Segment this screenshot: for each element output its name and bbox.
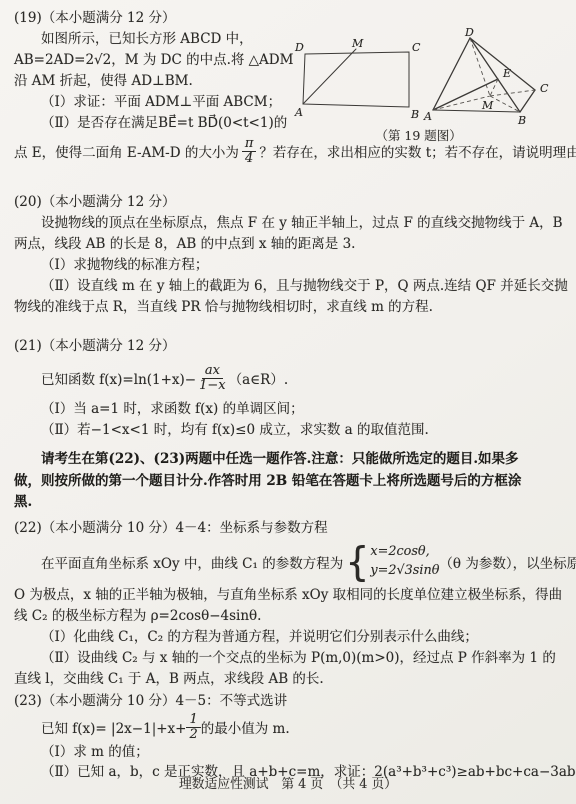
parametric-equations: x=2cosθ, y=2√3sinθ	[370, 543, 439, 580]
label-E: E	[502, 67, 511, 80]
q22-para1-pre: 在平面直角坐标系 xOy 中，曲线 C₁ 的参数方程为	[41, 552, 343, 572]
q19-item-1: （Ⅰ）求证：平面 ADM⊥平面 ABCM；	[14, 92, 293, 113]
q22-para1-post: （θ 为参数），以坐标原点	[439, 552, 576, 572]
label-M: M	[351, 38, 364, 50]
q19-last-post: ？若存在，求出相应的实数 t；若不存在，请说明理由.	[259, 141, 576, 161]
q19-last-line: 点 E，使得二面角 E-AM-D 的大小为 π 4 ？若存在，求出相应的实数 t…	[14, 134, 570, 168]
q22-item-1: （Ⅰ）化曲线 C₁，C₂ 的方程为普通方程，并说明它们分别表示什么曲线；	[14, 627, 570, 648]
q23-formula-post: 的最小值为 m.	[201, 717, 290, 737]
system-brace: {	[345, 542, 369, 582]
fraction-numerator: π	[242, 137, 257, 152]
notice-line: 请考生在第(22)、(23)两题中任选一题作答.注意：只能做所选定的题目.如果多	[14, 449, 570, 471]
question-23: (23)（本小题满分 10 分）4－5：不等式选讲 已知 f(x)= |2x−1…	[14, 692, 570, 783]
fraction-numerator: ax	[202, 364, 223, 379]
rectangle-outline	[303, 52, 409, 107]
q21-item-1: （Ⅰ）当 a=1 时，求函数 f(x) 的单调区间；	[14, 399, 570, 420]
q19-last-pre: 点 E，使得二面角 E-AM-D 的大小为	[14, 141, 239, 161]
q19-line: AB=2AD=2√2，M 为 DC 的中点.将 △ADM	[14, 50, 293, 71]
label-A: A	[294, 106, 303, 119]
fraction-denominator: 1−x	[196, 379, 229, 393]
figure-19-caption: （第 19 题图）	[375, 126, 461, 144]
q21-formula-post: （a∈R）.	[229, 368, 289, 388]
equation-y: y=2√3sinθ	[370, 562, 439, 581]
q21-item-2: （Ⅱ）若−1<x<1 时，均有 f(x)≤0 成立，求实数 a 的取值范围.	[14, 420, 570, 441]
segment-AM	[303, 49, 356, 104]
q20-heading: (20)（本小题满分 12 分）	[14, 192, 570, 213]
edge-BC	[520, 90, 535, 112]
question-21: (21)（本小题满分 12 分） 已知函数 f(x)=ln(1+x)− ax 1…	[14, 336, 570, 441]
choice-notice: 请考生在第(22)、(23)两题中任选一题作答.注意：只能做所选定的题目.如果多…	[14, 449, 570, 514]
hidden-MB	[490, 96, 520, 112]
q22-item-2-cont: 直线 l，交曲线 C₁ 于 A，B 两点，求线段 AB 的长.	[14, 669, 570, 690]
q21-heading: (21)（本小题满分 12 分）	[14, 336, 570, 357]
question-20: (20)（本小题满分 12 分） 设抛物线的顶点在坐标原点，焦点 F 在 y 轴…	[14, 192, 570, 318]
notice-line: 做，则按所做的第一个题目计分.作答时用 2B 铅笔在答题卡上将所选题号后的方框涂	[14, 471, 570, 493]
q19-text-column: (19)（本小题满分 12 分） 如图所示，已知长方形 ABCD 中， AB=2…	[14, 8, 293, 134]
fraction-denominator: 2	[186, 728, 200, 742]
q23-formula-pre: 已知 f(x)= |2x−1|+x+	[41, 717, 186, 737]
q23-formula: 已知 f(x)= |2x−1|+x+ 1 2 的最小值为 m.	[14, 711, 570, 743]
q19-line: 如图所示，已知长方形 ABCD 中，	[14, 29, 293, 50]
q22-para-line: 线 C₂ 的极坐标方程为 ρ=2cosθ−4sinθ.	[14, 606, 570, 627]
q21-formula-pre: 已知函数 f(x)=ln(1+x)−	[41, 368, 196, 388]
page-footer: 理数适应性测试 第 4 页 （共 4 页）	[0, 773, 576, 792]
label-A: A	[423, 110, 432, 123]
edge-AB	[433, 110, 520, 112]
fraction-ax-over-1-minus-x: ax 1−x	[196, 364, 229, 392]
q19-figures: D M C A B	[293, 8, 570, 134]
fraction-numerator: 1	[186, 713, 200, 728]
figure-rectangle-ABCD: D M C A B	[293, 38, 421, 122]
q20-item-2: （Ⅱ）设直线 m 在 y 轴上的截距为 6，且与抛物线交于 P，Q 两点.连结 …	[14, 276, 570, 297]
figure-tetrahedron-DABCM: D A B C E M	[423, 28, 576, 130]
label-B: B	[410, 108, 419, 121]
edge-DC	[470, 38, 535, 90]
label-D: D	[294, 41, 304, 54]
notice-line: 黑.	[14, 492, 570, 514]
q20-item-1: （Ⅰ）求抛物线的标准方程；	[14, 255, 570, 276]
fraction-denominator: 4	[242, 152, 256, 166]
edge-DB	[470, 38, 520, 112]
q19-item-2: （Ⅱ）是否存在满足BE⃗=t BD⃗(0<t<1)的	[14, 113, 293, 134]
label-M: M	[481, 99, 494, 112]
question-19: (19)（本小题满分 12 分） 如图所示，已知长方形 ABCD 中， AB=2…	[14, 8, 570, 168]
q19-line: 沿 AM 折起，使得 AD⊥BM.	[14, 71, 293, 92]
q19-row: (19)（本小题满分 12 分） 如图所示，已知长方形 ABCD 中， AB=2…	[14, 8, 570, 134]
q22-para-line: O 为极点，x 轴的正半轴为极轴，与直角坐标系 xOy 取相同的长度单位建立极坐…	[14, 585, 570, 606]
equation-x: x=2cosθ,	[370, 543, 439, 562]
q20-para-line: 两点，线段 AB 的长是 8，AB 的中点到 x 轴的距离是 3.	[14, 234, 570, 255]
fraction-pi-over-4: π 4	[242, 137, 257, 165]
q20-item-2-cont: 物线的准线于点 R，当直线 PR 恰与抛物线相切时，求直线 m 的方程.	[14, 297, 570, 318]
label-C: C	[412, 41, 421, 54]
q22-heading: (22)（本小题满分 10 分）4－4：坐标系与参数方程	[14, 518, 570, 539]
q19-heading: (19)（本小题满分 12 分）	[14, 8, 293, 29]
q20-para-line: 设抛物线的顶点在坐标原点，焦点 F 在 y 轴正半轴上，过点 F 的直线交抛物线…	[14, 213, 570, 234]
q21-formula: 已知函数 f(x)=ln(1+x)− ax 1−x （a∈R）.	[14, 357, 570, 399]
q23-item-1: （Ⅰ）求 m 的值；	[14, 743, 570, 763]
edge-DA	[433, 38, 470, 110]
hidden-MC	[490, 90, 535, 96]
label-C: C	[540, 82, 549, 95]
fraction-one-half: 1 2	[186, 713, 200, 741]
q23-heading: (23)（本小题满分 10 分）4－5：不等式选讲	[14, 692, 570, 712]
label-D: D	[464, 28, 474, 39]
q22-parametric-line: 在平面直角坐标系 xOy 中，曲线 C₁ 的参数方程为 { x=2cosθ, y…	[14, 539, 570, 585]
label-B: B	[517, 114, 526, 127]
exam-page: (19)（本小题满分 12 分） 如图所示，已知长方形 ABCD 中， AB=2…	[0, 0, 576, 804]
question-22: (22)（本小题满分 10 分）4－4：坐标系与参数方程 在平面直角坐标系 xO…	[14, 518, 570, 690]
q22-item-2: （Ⅱ）设曲线 C₂ 与 x 轴的一个交点的坐标为 P(m,0)(m>0)，经过点…	[14, 648, 570, 669]
